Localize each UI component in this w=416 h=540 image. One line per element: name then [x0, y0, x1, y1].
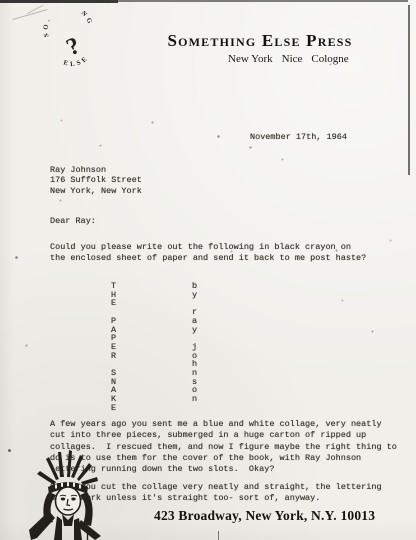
statue-of-liberty-icon	[29, 450, 109, 540]
logo-ring-top-text: SOMETHING	[37, 8, 94, 38]
city-cologne: Cologne	[311, 53, 348, 65]
scan-mark	[218, 531, 219, 540]
city-new-york: New York	[228, 53, 273, 65]
scanned-letter-page: SOMETHING ELSE ? Something Else Press Ne…	[0, 0, 416, 540]
scan-edge-top-dark	[0, 0, 118, 3]
city-nice: Nice	[282, 53, 303, 65]
vertical-byline-by-ray-johnson: b y r a y j o h n s o n	[192, 282, 197, 404]
vertical-title-the-paper-snake: T H E P A P E R S N A K E	[111, 282, 116, 413]
press-logo-icon: SOMETHING ELSE ?	[35, 8, 110, 83]
scan-edge-right	[408, 5, 410, 175]
scan-edge-top-thin	[110, 0, 408, 2]
letter-date: November 17th, 1964	[250, 132, 347, 143]
salutation: Dear Ray:	[50, 216, 96, 227]
press-cities: New York Nice Cologne	[228, 53, 349, 65]
paragraph-request: Could you please write out the following…	[50, 242, 366, 265]
logo-question-mark-icon: ?	[63, 33, 85, 62]
press-name: Something Else Press	[158, 31, 362, 51]
scan-specks	[0, 0, 1, 1]
recipient-address: Ray Johnson 176 Suffolk Street New York,…	[50, 165, 142, 196]
footer-address: 423 Broadway, New York, N.Y. 10013	[154, 508, 375, 524]
